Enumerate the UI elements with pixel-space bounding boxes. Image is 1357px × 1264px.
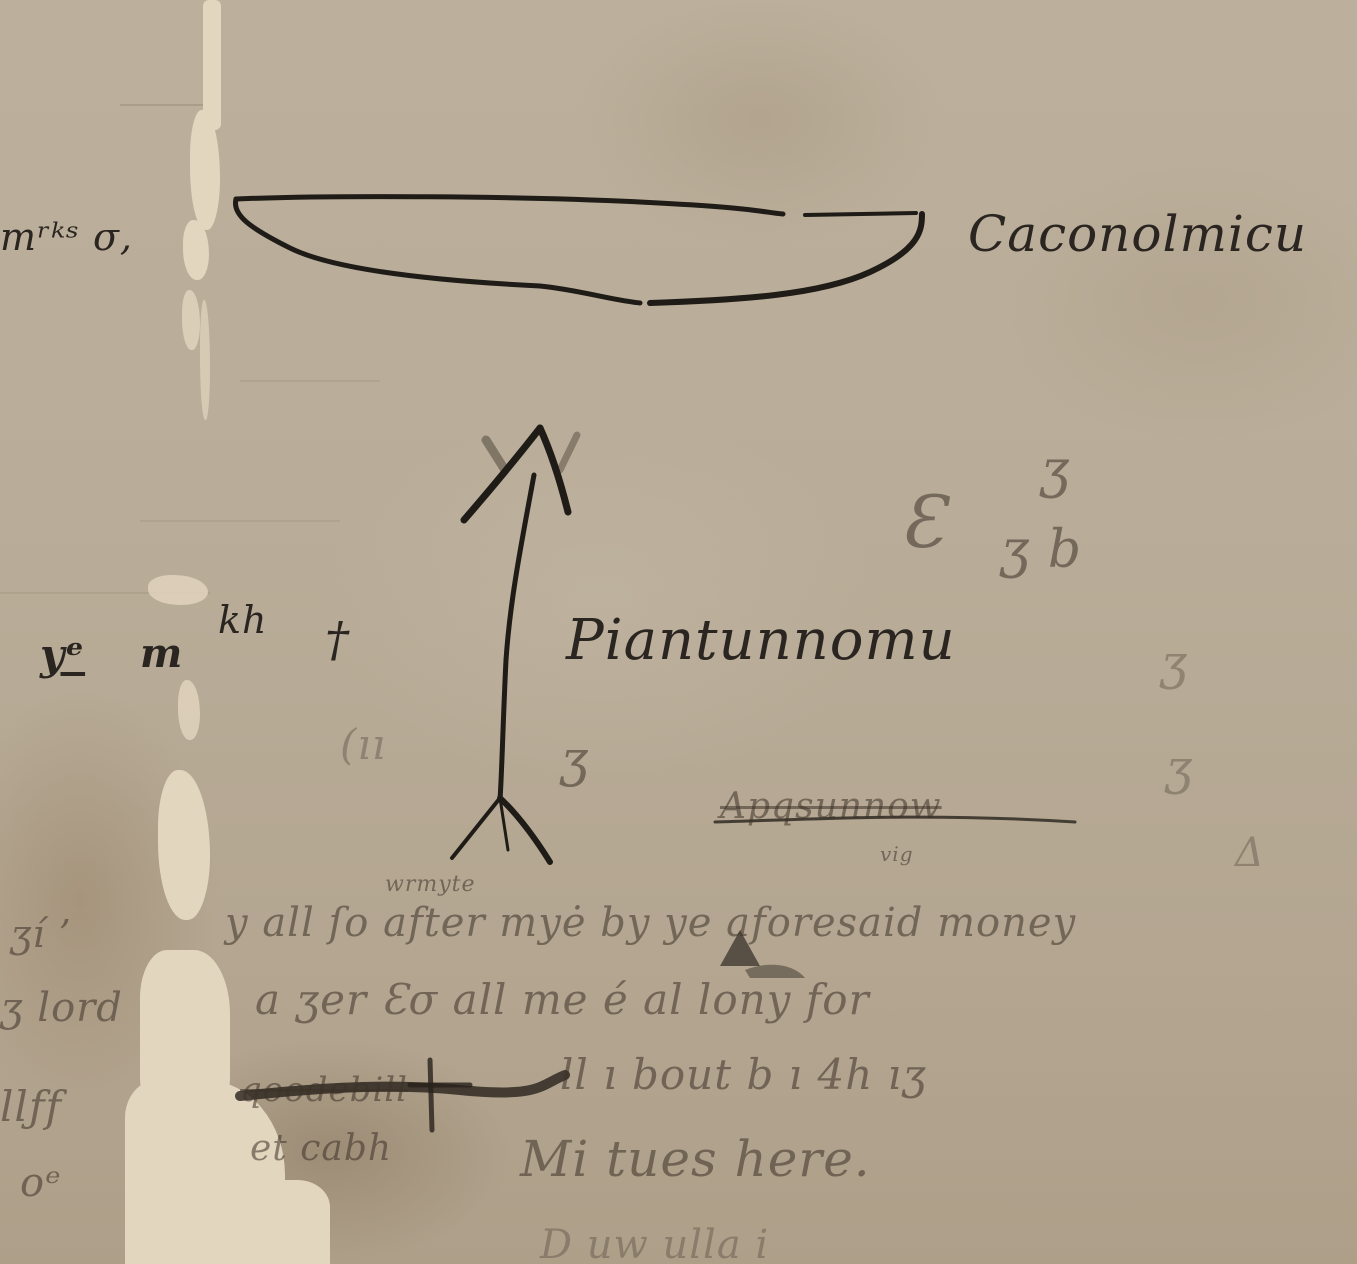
canoe-name-left: mʳᵏˢ σ, <box>0 215 133 259</box>
body-line-3-struck: qoodebill <box>240 1070 408 1110</box>
marginal-mark: ʒ b <box>1000 520 1082 580</box>
body-line-3-left: llƒf <box>0 1082 62 1131</box>
arrow-name-left-sup: kh <box>218 598 268 642</box>
body-line-3: ll ı bout b ı 4h ıʒ <box>560 1050 927 1099</box>
faint-stamp <box>1120 1200 1144 1225</box>
canoe-mark-icon <box>235 197 922 303</box>
body-line-1-left: ʒí ’ <box>10 912 72 956</box>
struck-word: Apqsunnow <box>720 786 942 827</box>
marginal-mark-near-arrow: ʒ <box>560 730 589 788</box>
interlinear-note: vig <box>880 842 914 866</box>
arrow-name-left-m: m <box>140 630 183 677</box>
manuscript-page: mʳᵏˢ σ, Caconolmicu yᵉ m kh † Piantunnom… <box>0 0 1357 1264</box>
arrow-name-left-mark: † <box>325 612 350 668</box>
body-line-1: y all ſo after myė by ye aforesaid money <box>225 900 1076 946</box>
body-line-1-supra: wrmyte <box>385 872 476 897</box>
body-line-4-pre: et cabh <box>250 1128 392 1169</box>
arrow-name-right: Piantunnomu <box>566 608 956 673</box>
body-line-2: a ʒer Ɛσ all me é al lony for <box>255 975 870 1024</box>
arrow-name-left-y: yᵉ <box>40 630 85 679</box>
marginal-mark: ʒ <box>1040 440 1070 500</box>
body-line-4-left: oᵉ <box>20 1160 62 1206</box>
marginal-mark: ʒ <box>1165 740 1193 796</box>
marginal-mark: Ɛ <box>900 480 946 564</box>
arrow-mark-icon <box>452 428 577 862</box>
marginal-mark-near-arrow: (ıı <box>340 720 386 769</box>
marginal-mark: Δ <box>1235 830 1265 876</box>
marginal-mark: ʒ <box>1160 635 1188 691</box>
body-line-2-left: ʒ lord <box>0 985 123 1031</box>
canoe-name-right: Caconolmicu <box>968 205 1307 263</box>
body-line-4: Mi tues here. <box>520 1130 871 1188</box>
body-line-5: D uw ulla i <box>540 1222 769 1264</box>
